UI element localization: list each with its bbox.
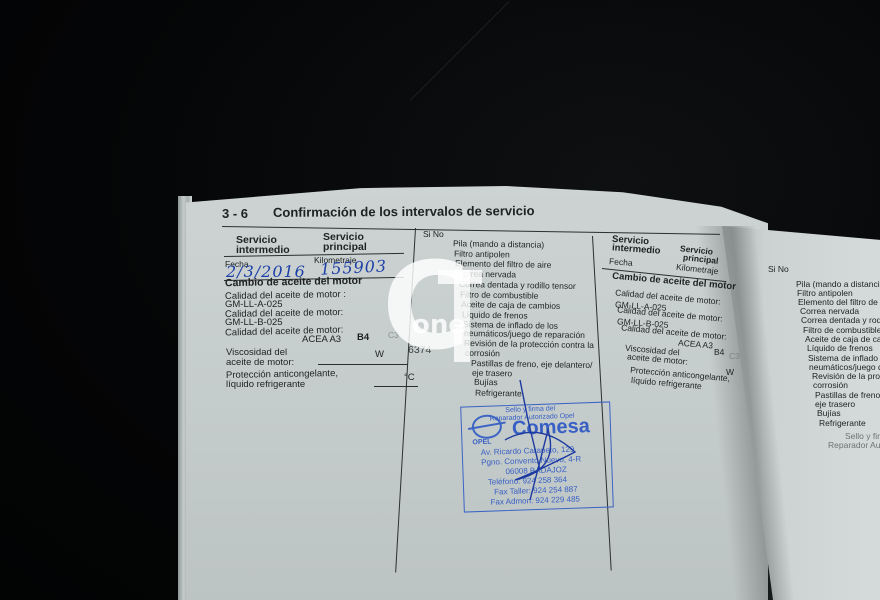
right-checklist-item: Refrigerante	[819, 419, 866, 428]
mid-acea-c3: C3	[729, 352, 740, 361]
opel-logo-icon	[472, 414, 503, 439]
right-checklist-item: corrosión	[813, 381, 848, 390]
checklist-item: Refrigerante	[475, 389, 522, 398]
stamp-fax-admon: Fax Admon: 924 229 485	[490, 496, 580, 507]
viscosity-label-2: aceite de motor:	[226, 358, 294, 368]
mid-acea-b4: B4	[714, 348, 724, 357]
page-title: Confirmación de los intervalos de servic…	[273, 204, 535, 219]
dealer-stamp: Sello y firma del Reparador Autorizado O…	[460, 401, 614, 512]
col-main-label-2: principal	[323, 242, 367, 253]
antifreeze-rule	[374, 386, 418, 387]
acea-b4: B4	[357, 333, 369, 343]
right-checklist-item: Líquido de frenos	[807, 344, 873, 353]
watermark-bar-top	[438, 270, 482, 284]
mid-date-label: Fecha	[609, 257, 633, 267]
right-yes-no-header: Si No	[768, 265, 789, 274]
acea-spec: ACEA A3	[302, 335, 341, 345]
watermark-text: one	[412, 310, 466, 340]
right-checklist-item: Bujías	[817, 409, 841, 418]
stamp-brand: Opel	[472, 439, 491, 447]
page-number: 3 - 6	[222, 207, 248, 220]
oil-change-section-title: Cambio de aceite del motor	[225, 276, 362, 289]
col-intermediate-label-2: intermedio	[236, 245, 290, 256]
checklist-item: corrosión	[465, 349, 500, 358]
right-checklist-item: Correa dentada y rodillo	[801, 316, 880, 325]
checklist-item: Bujías	[474, 378, 498, 387]
right-caption-2: Reparador Autorizado	[828, 441, 880, 450]
stamp-dealer-name: Comesa	[512, 416, 590, 439]
antifreeze-label-2: líquido refrigerante	[226, 380, 305, 390]
